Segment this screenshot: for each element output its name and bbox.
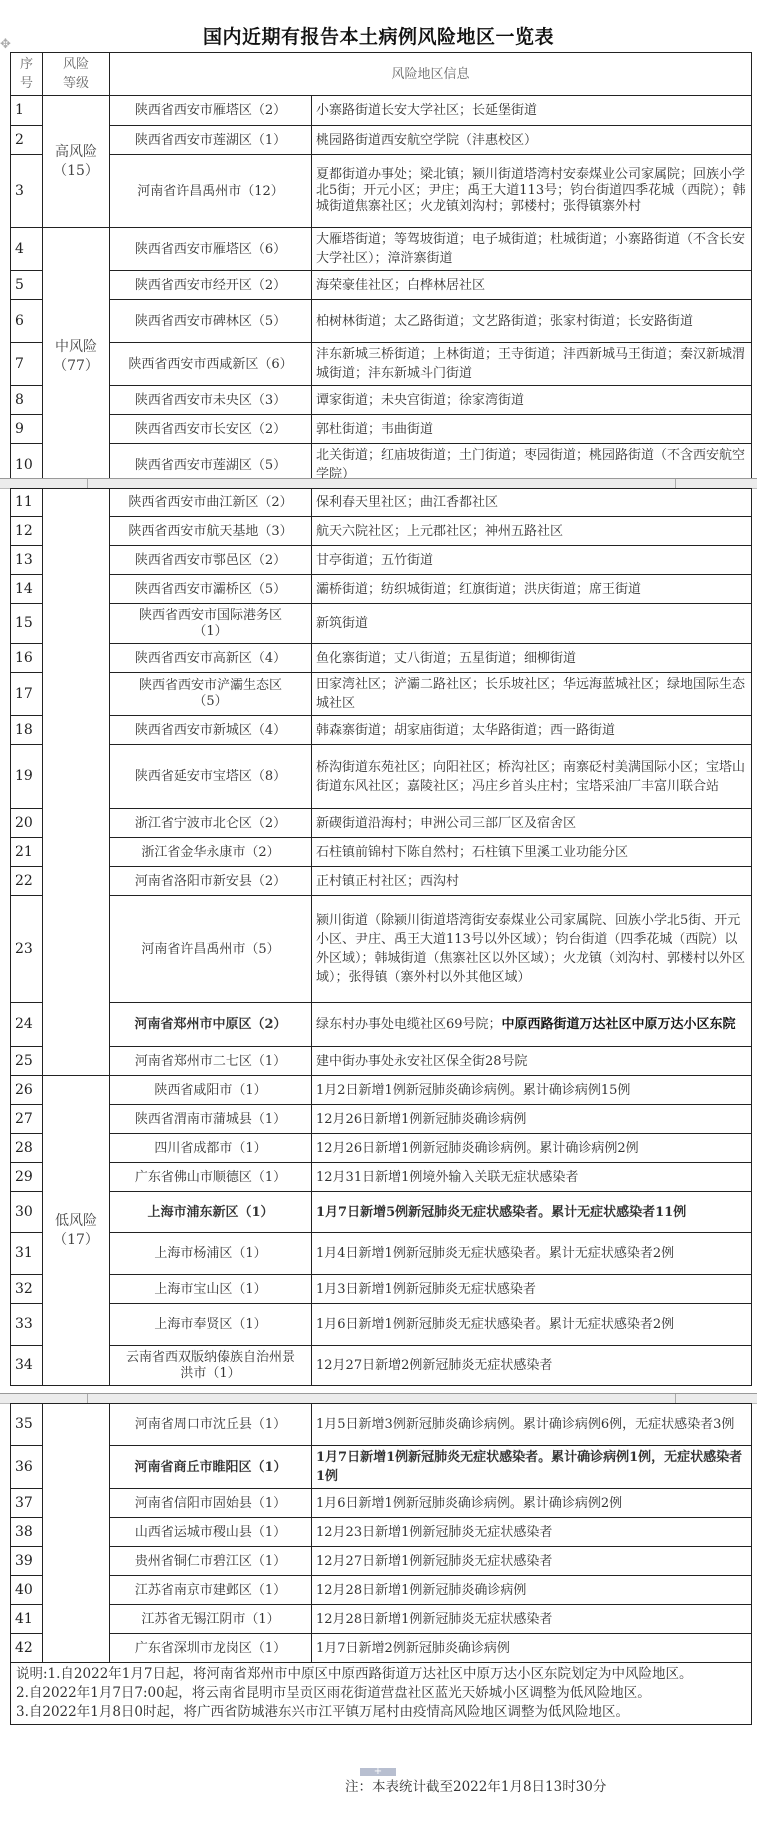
header-info: 风险地区信息: [110, 53, 752, 96]
row-area: 陕西省延安市宝塔区（8）: [110, 745, 312, 809]
table-row: 23 河南省许昌禹州市（5） 颍川街道（除颍川街道塔湾街安泰煤业公司家属院、回族…: [11, 896, 752, 1003]
row-no: 39: [11, 1547, 43, 1576]
row-info: 甘亭街道；五竹街道: [312, 546, 752, 575]
row-info: 石柱镇前锦村下陈自然村；石柱镇下里溪工业功能分区: [312, 838, 752, 867]
row-area: 陕西省西安市新城区（4）: [110, 716, 312, 745]
note-3: 3.自2022年1月8日0时起，将广西省防城港东兴市江平镇万尾村由疫情高风险地区…: [16, 1703, 746, 1722]
row-no: 2: [11, 126, 43, 155]
row-info: 柏树林街道；太乙路街道；文艺路街道；张家村街道；长安路街道: [312, 300, 752, 343]
row-no: 33: [11, 1304, 43, 1346]
row-no: 25: [11, 1047, 43, 1076]
row-info: 12月28日新增1例新冠肺炎无症状感染者: [312, 1605, 752, 1634]
row-area: 陕西省西安市雁塔区（6）: [110, 228, 312, 271]
row-info: 鱼化寨街道；丈八街道；五星街道；细柳街道: [312, 644, 752, 673]
row-info: 12月27日新增2例新冠肺炎无症状感染者: [312, 1346, 752, 1386]
table-row: 28 四川省成都市（1） 12月26日新增1例新冠肺炎确诊病例。累计确诊病例2例: [11, 1134, 752, 1163]
table-row: 3 河南省许昌禹州市（12） 夏都街道办事处；梁北镇；颍川街道塔湾村安泰煤业公司…: [11, 155, 752, 228]
row-no: 36: [11, 1446, 43, 1489]
row-info: 绿东村办事处电缆社区69号院；中原西路街道万达社区中原万达小区东院: [312, 1003, 752, 1047]
row-area: 广东省深圳市龙岗区（1）: [110, 1634, 312, 1663]
table-row: 37 河南省信阳市固始县（1） 1月6日新增1例新冠肺炎确诊病例。累计确诊病例2…: [11, 1489, 752, 1518]
row-info: 桃园路街道西安航空学院（沣惠校区）: [312, 126, 752, 155]
risk-table-page-1: 序号 风险等级 风险地区信息 1 高风险（15） 陕西省西安市雁塔区（2） 小寨…: [10, 52, 752, 487]
row-info: 新筑街道: [312, 604, 752, 644]
row-info: 12月26日新增1例新冠肺炎确诊病例: [312, 1105, 752, 1134]
row-area: 陕西省西安市长安区（2）: [110, 415, 312, 444]
table-row: 13 陕西省西安市鄠邑区（2） 甘亭街道；五竹街道: [11, 546, 752, 575]
row-no: 35: [11, 1404, 43, 1446]
table-row: 15 陕西省西安市国际港务区（1） 新筑街道: [11, 604, 752, 644]
row-no: 21: [11, 838, 43, 867]
row-area: 陕西省西安市鄠邑区（2）: [110, 546, 312, 575]
risk-table-page-2: 11 陕西省西安市曲江新区（2） 保利春天里社区；曲江香都社区 12 陕西省西安…: [10, 488, 752, 1386]
table-row: 33 上海市奉贤区（1） 1月6日新增1例新冠肺炎无症状感染者。累计无症状感染者…: [11, 1304, 752, 1346]
row-no: 7: [11, 343, 43, 386]
row-area: 陕西省西安市高新区（4）: [110, 644, 312, 673]
row-area: 上海市杨浦区（1）: [110, 1233, 312, 1275]
row-info: 正村镇正村社区；西沟村: [312, 867, 752, 896]
table-row: 36 河南省商丘市睢阳区（1） 1月7日新增1例新冠肺炎无症状感染者。累计确诊病…: [11, 1446, 752, 1489]
row-area: 陕西省西安市碑林区（5）: [110, 300, 312, 343]
table-row: 29 广东省佛山市顺德区（1） 12月31日新增1例境外输入关联无症状感染者: [11, 1163, 752, 1192]
row-no: 5: [11, 271, 43, 300]
table-row: 24 河南省郑州市中原区（2） 绿东村办事处电缆社区69号院；中原西路街道万达社…: [11, 1003, 752, 1047]
row-info: 新碶街道沿海村；申洲公司三部厂区及宿舍区: [312, 809, 752, 838]
row-area: 山西省运城市稷山县（1）: [110, 1518, 312, 1547]
row-info: 1月6日新增1例新冠肺炎确诊病例。累计确诊病例2例: [312, 1489, 752, 1518]
row-area: 上海市奉贤区（1）: [110, 1304, 312, 1346]
row-area: 贵州省铜仁市碧江区（1）: [110, 1547, 312, 1576]
row-no: 27: [11, 1105, 43, 1134]
table-row: 8 陕西省西安市未央区（3） 谭家街道；未央宫街道；徐家湾街道: [11, 386, 752, 415]
table-move-handle-icon[interactable]: ✥: [0, 38, 12, 52]
row-area: 上海市浦东新区（1）: [110, 1192, 312, 1233]
table-row: 16 陕西省西安市高新区（4） 鱼化寨街道；丈八街道；五星街道；细柳街道: [11, 644, 752, 673]
row-info: 1月7日新增2例新冠肺炎确诊病例: [312, 1634, 752, 1663]
row-no: 28: [11, 1134, 43, 1163]
row-area: 河南省周口市沈丘县（1）: [110, 1404, 312, 1446]
risk-level-low-cont: [43, 1404, 110, 1663]
table-row: 17 陕西省西安市浐灞生态区（5） 田家湾社区；浐灞二路社区；长乐坡社区；华远海…: [11, 673, 752, 716]
row-info: 12月31日新增1例境外输入关联无症状感染者: [312, 1163, 752, 1192]
row-info: 夏都街道办事处；梁北镇；颍川街道塔湾村安泰煤业公司家属院；回族小学北5街；开元小…: [312, 155, 752, 228]
row-area: 河南省许昌禹州市（5）: [110, 896, 312, 1003]
row-info: 桥沟街道东苑社区；向阳社区；桥沟社区；南寨砭村美满国际小区；宝塔山街道东风社区；…: [312, 745, 752, 809]
row-no: 32: [11, 1275, 43, 1304]
row-area: 陕西省西安市未央区（3）: [110, 386, 312, 415]
table-row: 39 贵州省铜仁市碧江区（1） 12月27日新增1例新冠肺炎无症状感染者: [11, 1547, 752, 1576]
row-area: 云南省西双版纳傣族自治州景洪市（1）: [110, 1346, 312, 1386]
row-area: 浙江省金华永康市（2）: [110, 838, 312, 867]
notes-row: 说明:1.自2022年1月7日起，将河南省郑州市中原区中原西路街道万达社区中原万…: [11, 1663, 752, 1725]
row-area: 陕西省咸阳市（1）: [110, 1076, 312, 1105]
row-no: 38: [11, 1518, 43, 1547]
row-area: 陕西省西安市莲湖区（1）: [110, 126, 312, 155]
row-info: 谭家街道；未央宫街道；徐家湾街道: [312, 386, 752, 415]
row-no: 13: [11, 546, 43, 575]
table-header-row: 序号 风险等级 风险地区信息: [11, 53, 752, 96]
risk-level-medium-cont: [43, 489, 110, 1076]
row-no: 40: [11, 1576, 43, 1605]
table-row: 19 陕西省延安市宝塔区（8） 桥沟街道东苑社区；向阳社区；桥沟社区；南寨砭村美…: [11, 745, 752, 809]
table-row: 31 上海市杨浦区（1） 1月4日新增1例新冠肺炎无症状感染者。累计无症状感染者…: [11, 1233, 752, 1275]
note-1: 说明:1.自2022年1月7日起，将河南省郑州市中原区中原西路街道万达社区中原万…: [16, 1665, 746, 1684]
table-row: 20 浙江省宁波市北仑区（2） 新碶街道沿海村；申洲公司三部厂区及宿舍区: [11, 809, 752, 838]
row-area: 陕西省西安市曲江新区（2）: [110, 489, 312, 517]
risk-table-page-3: 35 河南省周口市沈丘县（1） 1月5日新增3例新冠肺炎确诊病例。累计确诊病例6…: [10, 1403, 752, 1725]
row-no: 11: [11, 489, 43, 517]
table-row: 12 陕西省西安市航天基地（3） 航天六院社区；上元郡社区；神州五路社区: [11, 517, 752, 546]
row-no: 23: [11, 896, 43, 1003]
row-no: 24: [11, 1003, 43, 1047]
row-info: 1月3日新增1例新冠肺炎无症状感染者: [312, 1275, 752, 1304]
row-no: 41: [11, 1605, 43, 1634]
row-info: 小寨路街道长安大学社区；长延堡街道: [312, 96, 752, 126]
row-no: 26: [11, 1076, 43, 1105]
table-row: 1 高风险（15） 陕西省西安市雁塔区（2） 小寨路街道长安大学社区；长延堡街道: [11, 96, 752, 126]
row-info: 1月2日新增1例新冠肺炎确诊病例。累计确诊病例15例: [312, 1076, 752, 1105]
row-area: 河南省许昌禹州市（12）: [110, 155, 312, 228]
row-no: 30: [11, 1192, 43, 1233]
notes-cell: 说明:1.自2022年1月7日起，将河南省郑州市中原区中原西路街道万达社区中原万…: [11, 1663, 752, 1725]
table-row: 11 陕西省西安市曲江新区（2） 保利春天里社区；曲江香都社区: [11, 489, 752, 517]
row-info: 建中街办事处永安社区保全街28号院: [312, 1047, 752, 1076]
row-area: 河南省信阳市固始县（1）: [110, 1489, 312, 1518]
row-no: 3: [11, 155, 43, 228]
row-no: 15: [11, 604, 43, 644]
table-row: 35 河南省周口市沈丘县（1） 1月5日新增3例新冠肺炎确诊病例。累计确诊病例6…: [11, 1404, 752, 1446]
row-info: 沣东新城三桥街道；上林街道；王寺街道；沣西新城马王街道；秦汉新城渭城街道；沣东新…: [312, 343, 752, 386]
row-info: 1月4日新增1例新冠肺炎无症状感染者。累计无症状感染者2例: [312, 1233, 752, 1275]
table-row: 30 上海市浦东新区（1） 1月7日新增5例新冠肺炎无症状感染者。累计无症状感染…: [11, 1192, 752, 1233]
table-row: 34 云南省西双版纳傣族自治州景洪市（1） 12月27日新增2例新冠肺炎无症状感…: [11, 1346, 752, 1386]
row-info: 1月5日新增3例新冠肺炎确诊病例。累计确诊病例6例，无症状感染者3例: [312, 1404, 752, 1446]
row-info: 1月7日新增5例新冠肺炎无症状感染者。累计无症状感染者11例: [312, 1192, 752, 1233]
row-area: 浙江省宁波市北仑区（2）: [110, 809, 312, 838]
row-info: 灞桥街道；纺织城街道；红旗街道；洪庆街道；席王街道: [312, 575, 752, 604]
row-area: 河南省郑州市二七区（1）: [110, 1047, 312, 1076]
row-area: 陕西省渭南市蒲城县（1）: [110, 1105, 312, 1134]
table-row: 40 江苏省南京市建邺区（1） 12月28日新增1例新冠肺炎确诊病例: [11, 1576, 752, 1605]
table-row: 27 陕西省渭南市蒲城县（1） 12月26日新增1例新冠肺炎确诊病例: [11, 1105, 752, 1134]
row-info: 郭杜街道；韦曲街道: [312, 415, 752, 444]
row-info: 1月6日新增1例新冠肺炎无症状感染者。累计无症状感染者2例: [312, 1304, 752, 1346]
row-no: 22: [11, 867, 43, 896]
table-row: 26 低风险（17） 陕西省咸阳市（1） 1月2日新增1例新冠肺炎确诊病例。累计…: [11, 1076, 752, 1105]
row-area: 陕西省西安市浐灞生态区（5）: [110, 673, 312, 716]
row-info: 保利春天里社区；曲江香都社区: [312, 489, 752, 517]
row-area: 四川省成都市（1）: [110, 1134, 312, 1163]
row-info: 田家湾社区；浐灞二路社区；长乐坡社区；华远海蓝城社区；绿地国际生态城社区: [312, 673, 752, 716]
row-no: 1: [11, 96, 43, 126]
row-info: 12月23日新增1例新冠肺炎无症状感染者: [312, 1518, 752, 1547]
table-row: 22 河南省洛阳市新安县（2） 正村镇正村社区；西沟村: [11, 867, 752, 896]
note-2: 2.自2022年1月7日7:00起，将云南省昆明市呈贡区雨花街道营盘社区蓝光天娇…: [16, 1684, 746, 1703]
row-no: 4: [11, 228, 43, 271]
table-row: 32 上海市宝山区（1） 1月3日新增1例新冠肺炎无症状感染者: [11, 1275, 752, 1304]
risk-level-medium: 中风险（77）: [43, 228, 110, 487]
table-row: 38 山西省运城市稷山县（1） 12月23日新增1例新冠肺炎无症状感染者: [11, 1518, 752, 1547]
document-title: 国内近期有报告本土病例风险地区一览表: [0, 22, 757, 49]
row-no: 34: [11, 1346, 43, 1386]
row-info: 1月7日新增1例新冠肺炎无症状感染者。累计确诊病例1例，无症状感染者1例: [312, 1446, 752, 1489]
row-area: 陕西省西安市雁塔区（2）: [110, 96, 312, 126]
table-row: 6 陕西省西安市碑林区（5） 柏树林街道；太乙路街道；文艺路街道；张家村街道；长…: [11, 300, 752, 343]
row-area: 上海市宝山区（1）: [110, 1275, 312, 1304]
row-area: 陕西省西安市西咸新区（6）: [110, 343, 312, 386]
row-area: 河南省郑州市中原区（2）: [110, 1003, 312, 1047]
footnote: 注：本表统计截至2022年1月8日13时30分: [345, 1775, 606, 1795]
header-level: 风险等级: [43, 53, 110, 96]
row-area: 河南省商丘市睢阳区（1）: [110, 1446, 312, 1489]
row-no: 12: [11, 517, 43, 546]
row-info: 海荣豪佳社区；白桦林居社区: [312, 271, 752, 300]
row-no: 18: [11, 716, 43, 745]
table-row: 41 江苏省无锡江阴市（1） 12月28日新增1例新冠肺炎无症状感染者: [11, 1605, 752, 1634]
row-no: 37: [11, 1489, 43, 1518]
row-no: 42: [11, 1634, 43, 1663]
table-row: 2 陕西省西安市莲湖区（1） 桃园路街道西安航空学院（沣惠校区）: [11, 126, 752, 155]
row-area: 河南省洛阳市新安县（2）: [110, 867, 312, 896]
row-no: 20: [11, 809, 43, 838]
table-row: 4 中风险（77） 陕西省西安市雁塔区（6） 大雁塔街道；等驾坡街道；电子城街道…: [11, 228, 752, 271]
table-row: 14 陕西省西安市灞桥区（5） 灞桥街道；纺织城街道；红旗街道；洪庆街道；席王街…: [11, 575, 752, 604]
row-area: 陕西省西安市经开区（2）: [110, 271, 312, 300]
table-row: 21 浙江省金华永康市（2） 石柱镇前锦村下陈自然村；石柱镇下里溪工业功能分区: [11, 838, 752, 867]
row-no: 19: [11, 745, 43, 809]
row-no: 14: [11, 575, 43, 604]
row-no: 9: [11, 415, 43, 444]
risk-level-low: 低风险（17）: [43, 1076, 110, 1386]
row-info: 12月28日新增1例新冠肺炎确诊病例: [312, 1576, 752, 1605]
row-area: 江苏省南京市建邺区（1）: [110, 1576, 312, 1605]
table-row: 7 陕西省西安市西咸新区（6） 沣东新城三桥街道；上林街道；王寺街道；沣西新城马…: [11, 343, 752, 386]
row-area: 广东省佛山市顺德区（1）: [110, 1163, 312, 1192]
table-row: 25 河南省郑州市二七区（1） 建中街办事处永安社区保全街28号院: [11, 1047, 752, 1076]
row-no: 16: [11, 644, 43, 673]
row-info: 颍川街道（除颍川街道塔湾街安泰煤业公司家属院、回族小学北5街、开元小区、尹庄、禹…: [312, 896, 752, 1003]
row-no: 6: [11, 300, 43, 343]
table-row: 42 广东省深圳市龙岗区（1） 1月7日新增2例新冠肺炎确诊病例: [11, 1634, 752, 1663]
row-no: 31: [11, 1233, 43, 1275]
risk-level-high: 高风险（15）: [43, 96, 110, 228]
header-no: 序号: [11, 53, 43, 96]
row-info: 12月27日新增1例新冠肺炎无症状感染者: [312, 1547, 752, 1576]
row-area: 陕西省西安市国际港务区（1）: [110, 604, 312, 644]
row-info: 韩森寨街道；胡家庙街道；太华路街道；西一路街道: [312, 716, 752, 745]
row-no: 8: [11, 386, 43, 415]
row-area: 陕西省西安市灞桥区（5）: [110, 575, 312, 604]
row-area: 陕西省西安市航天基地（3）: [110, 517, 312, 546]
table-row: 9 陕西省西安市长安区（2） 郭杜街道；韦曲街道: [11, 415, 752, 444]
row-area: 江苏省无锡江阴市（1）: [110, 1605, 312, 1634]
row-no: 17: [11, 673, 43, 716]
table-row: 5 陕西省西安市经开区（2） 海荣豪佳社区；白桦林居社区: [11, 271, 752, 300]
table-row: 18 陕西省西安市新城区（4） 韩森寨街道；胡家庙街道；太华路街道；西一路街道: [11, 716, 752, 745]
row-no: 29: [11, 1163, 43, 1192]
row-info: 航天六院社区；上元郡社区；神州五路社区: [312, 517, 752, 546]
row-info: 大雁塔街道；等驾坡街道；电子城街道；杜城街道；小寨路街道（不含长安大学社区）；漳…: [312, 228, 752, 271]
row-info: 12月26日新增1例新冠肺炎确诊病例。累计确诊病例2例: [312, 1134, 752, 1163]
